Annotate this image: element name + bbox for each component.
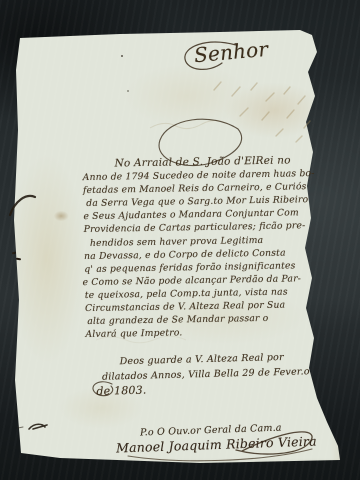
letter-body: No Arraial de S. João d'ElRei no Anno de… [82, 154, 321, 341]
letter-closing: Deos guarde a V. Alteza Real por dilatad… [101, 350, 310, 399]
photograph-of-manuscript: Senhor No Arraial de S. João d'ElRei no … [0, 0, 360, 480]
ink-speck [127, 90, 129, 92]
ink-speck [12, 252, 16, 255]
ink-speck [121, 55, 123, 57]
